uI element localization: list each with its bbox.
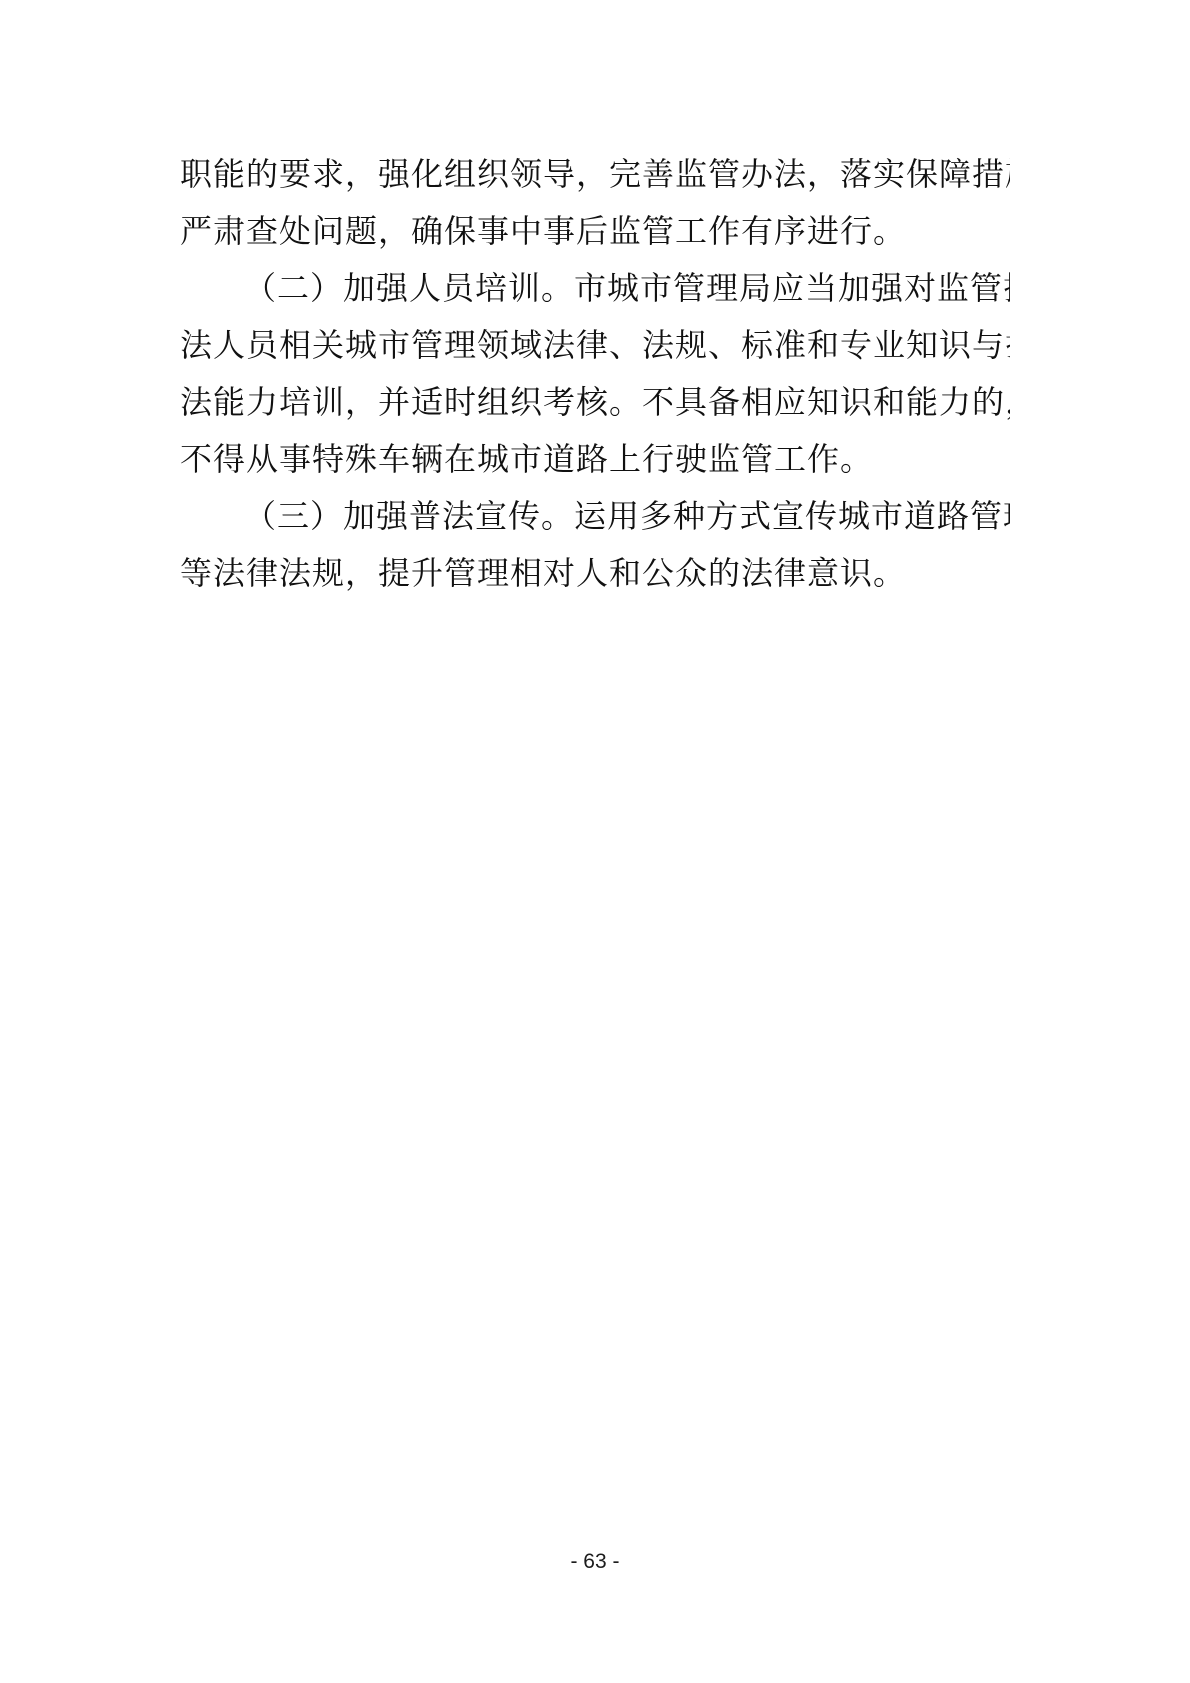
text-line: 法人员相关城市管理领域法律、法规、标准和专业知识与执 (180, 317, 1010, 374)
text-line: 严肃查处问题，确保事中事后监管工作有序进行。 (180, 203, 1010, 260)
text-line: 不得从事特殊车辆在城市道路上行驶监管工作。 (180, 431, 1010, 488)
page-number: - 63 - (0, 1550, 1190, 1574)
document-page: 职能的要求，强化组织领导，完善监管办法，落实保障措施， 严肃查处问题，确保事中事… (0, 0, 1190, 1683)
text-line: （三）加强普法宣传。运用多种方式宣传城市道路管理 (180, 488, 1010, 545)
text-line: 法能力培训，并适时组织考核。不具备相应知识和能力的， (180, 374, 1010, 431)
paragraph-item-3: （三）加强普法宣传。运用多种方式宣传城市道路管理 等法律法规，提升管理相对人和公… (180, 488, 1010, 602)
text-line: 职能的要求，强化组织领导，完善监管办法，落实保障措施， (180, 146, 1010, 203)
paragraph-item-2: （二）加强人员培训。市城市管理局应当加强对监管执 法人员相关城市管理领域法律、法… (180, 260, 1010, 488)
text-line: 等法律法规，提升管理相对人和公众的法律意识。 (180, 545, 1010, 602)
text-line: （二）加强人员培训。市城市管理局应当加强对监管执 (180, 260, 1010, 317)
body-text: 职能的要求，强化组织领导，完善监管办法，落实保障措施， 严肃查处问题，确保事中事… (180, 146, 1010, 602)
paragraph-continuation: 职能的要求，强化组织领导，完善监管办法，落实保障措施， 严肃查处问题，确保事中事… (180, 146, 1010, 260)
